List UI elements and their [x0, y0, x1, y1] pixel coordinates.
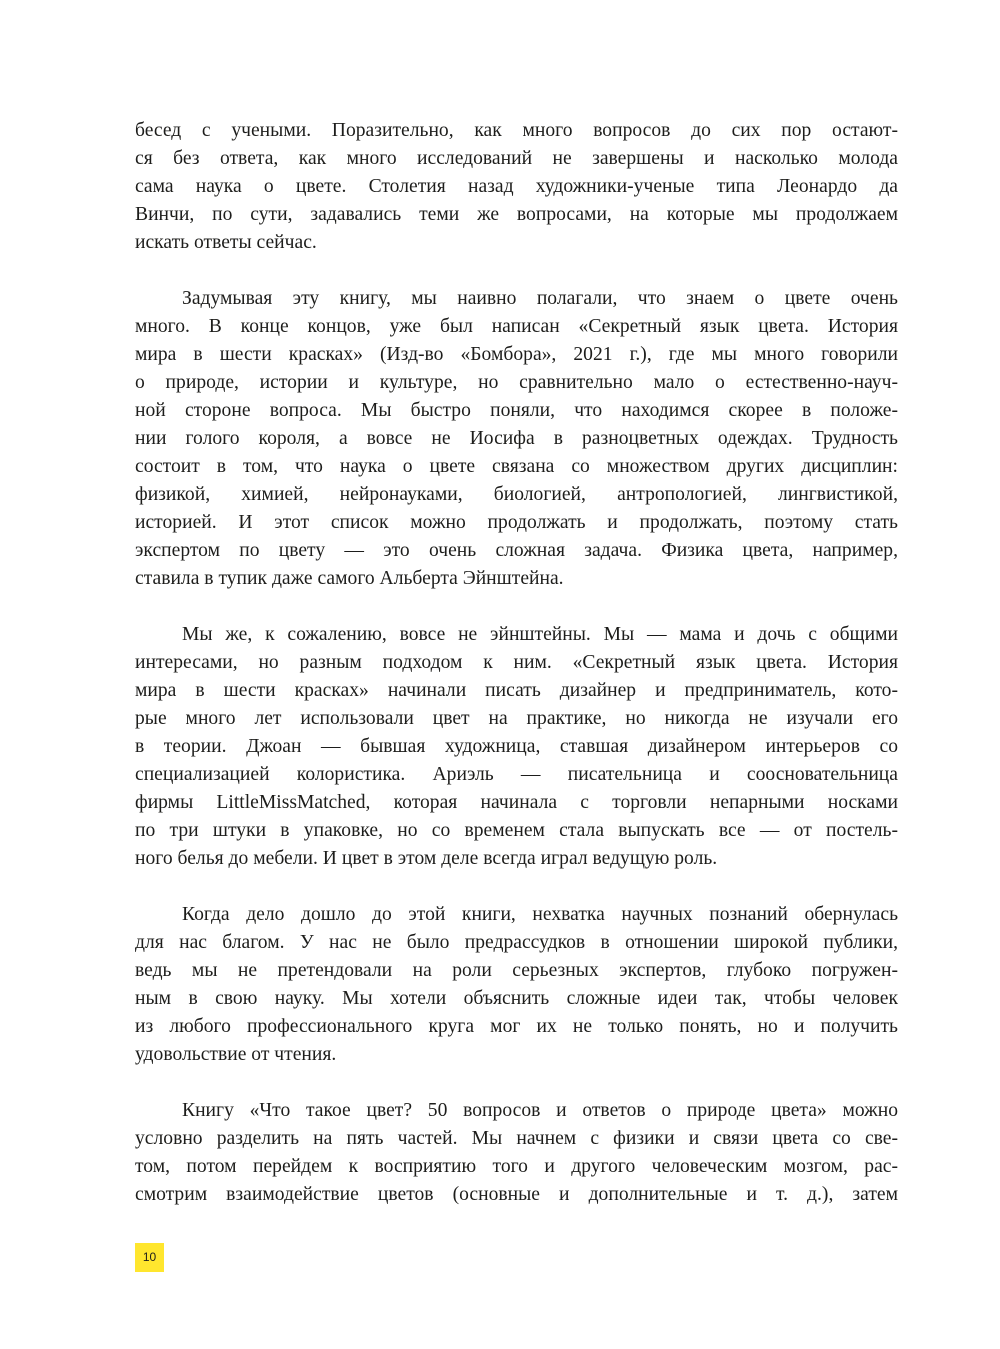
text-line: мира в шести красках» начинали писать ди… [135, 677, 898, 705]
text-line: нии голого короля, а вовсе не Иосифа в р… [135, 425, 898, 453]
text-line: Винчи, по сути, задавались теми же вопро… [135, 201, 898, 229]
text-line: ставила в тупик даже самого Альберта Эйн… [135, 565, 898, 593]
text-line: том, потом перейдем к восприятию того и … [135, 1153, 898, 1181]
text-line: условно разделить на пять частей. Мы нач… [135, 1125, 898, 1153]
text-line: из любого профессионального круга мог их… [135, 1013, 898, 1041]
text-line: физикой, химией, нейронауками, биологией… [135, 481, 898, 509]
text-line: ным в свою науку. Мы хотели объяснить сл… [135, 985, 898, 1013]
text-line: много. В конце концов, уже был написан «… [135, 313, 898, 341]
text-line: по три штуки в упаковке, но со временем … [135, 817, 898, 845]
paragraph-5: Книгу «Что такое цвет? 50 вопросов и отв… [135, 1097, 898, 1209]
text-line: фирмы LittleMissMatched, которая начинал… [135, 789, 898, 817]
text-line: Мы же, к сожалению, вовсе не эйнштейны. … [135, 621, 898, 649]
text-line: Задумывая эту книгу, мы наивно полагали,… [135, 285, 898, 313]
paragraph-3: Мы же, к сожалению, вовсе не эйнштейны. … [135, 621, 898, 873]
text-line: ной стороне вопроса. Мы быстро поняли, ч… [135, 397, 898, 425]
text-line: Книгу «Что такое цвет? 50 вопросов и отв… [135, 1097, 898, 1125]
text-line: мира в шести красках» (Изд-во «Бомбора»,… [135, 341, 898, 369]
book-page: бесед с учеными. Поразительно, как много… [0, 0, 1000, 1349]
text-line: удовольствие от чтения. [135, 1041, 898, 1069]
text-line: специализацией колористика. Ариэль — пис… [135, 761, 898, 789]
body-text: бесед с учеными. Поразительно, как много… [135, 117, 898, 1237]
paragraph-2: Задумывая эту книгу, мы наивно полагали,… [135, 285, 898, 593]
text-line: искать ответы сейчас. [135, 229, 898, 257]
paragraph-1: бесед с учеными. Поразительно, как много… [135, 117, 898, 257]
text-line: о природе, истории и культуре, но сравни… [135, 369, 898, 397]
text-line: бесед с учеными. Поразительно, как много… [135, 117, 898, 145]
page-number-badge: 10 [135, 1243, 164, 1272]
text-line: ся без ответа, как много исследований не… [135, 145, 898, 173]
text-line: для нас благом. У нас не было предрассуд… [135, 929, 898, 957]
text-line: ного белья до мебели. И цвет в этом деле… [135, 845, 898, 873]
text-line: рые много лет использовали цвет на практ… [135, 705, 898, 733]
paragraph-4: Когда дело дошло до этой книги, нехватка… [135, 901, 898, 1069]
text-line: историей. И этот список можно продолжать… [135, 509, 898, 537]
text-line: состоит в том, что наука о цвете связана… [135, 453, 898, 481]
text-line: ведь мы не претендовали на роли серьезны… [135, 957, 898, 985]
text-line: Когда дело дошло до этой книги, нехватка… [135, 901, 898, 929]
text-line: интересами, но разным подходом к ним. «С… [135, 649, 898, 677]
text-line: сама наука о цвете. Столетия назад худож… [135, 173, 898, 201]
text-line: смотрим взаимодействие цветов (основные … [135, 1181, 898, 1209]
text-line: экспертом по цвету — это очень сложная з… [135, 537, 898, 565]
text-line: в теории. Джоан — бывшая художница, став… [135, 733, 898, 761]
